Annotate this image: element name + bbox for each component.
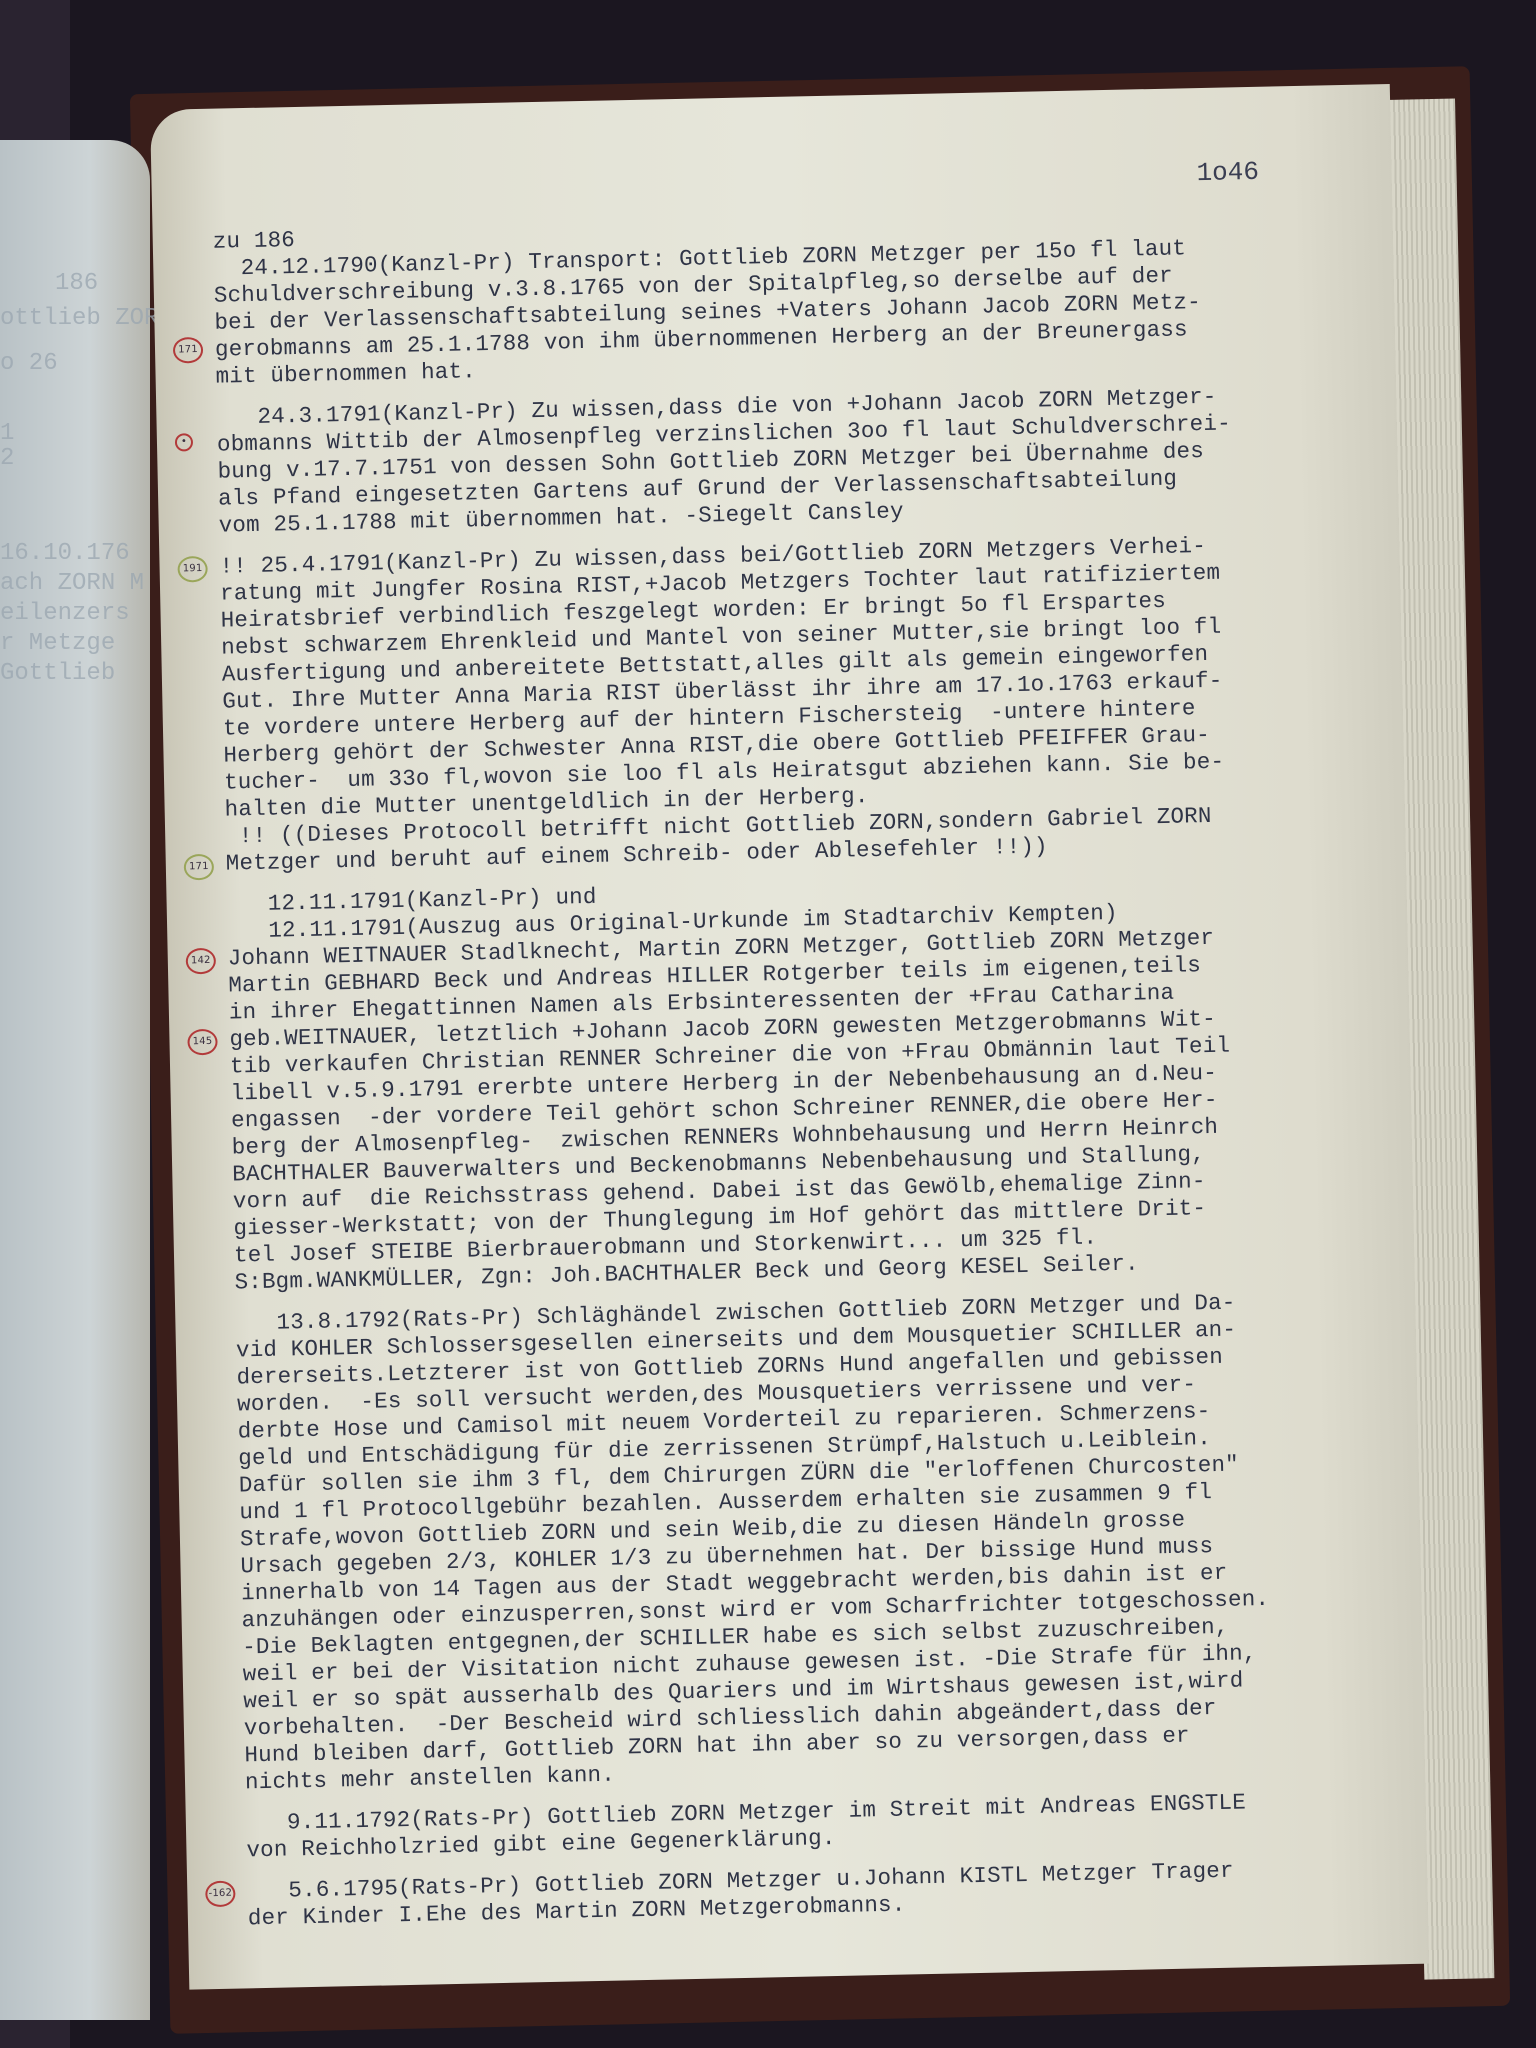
margin-mark: 191 (177, 556, 208, 583)
left-page-ghost-text: ach ZORN M (0, 570, 144, 597)
typed-text: 171 zu 186 24.12.1790(Kanzl-Pr) Transpor… (212, 205, 1388, 1946)
margin-mark: • (175, 433, 193, 451)
left-page-ghost-text: 16.10.176 (0, 540, 130, 567)
entry-1791-04: 191 171 !! 25.4.1791(Kanzl-Pr) Zu wissen… (219, 530, 1366, 878)
left-page-ghost-text: 1 (0, 420, 14, 447)
left-page-ghost-text: eilenzers (0, 600, 130, 627)
entry-1790: 171 zu 186 24.12.1790(Kanzl-Pr) Transpor… (212, 205, 1355, 391)
left-page-ghost-text: Gottlieb (0, 660, 115, 687)
left-page-ghost-text: r Metzge (0, 630, 115, 657)
left-page-ghost-text: o 26 (0, 350, 58, 377)
right-page: 1o46 171 zu 186 24.12.1790(Kanzl-Pr) Tra… (150, 84, 1429, 1990)
margin-mark: 171 (184, 854, 215, 881)
left-page-ghost-text: ottlieb ZORN (0, 305, 173, 332)
entry-1795: -162 5.6.1795(Rats-Pr) Gottlieb ZORN Met… (247, 1854, 1388, 1932)
left-page-ghost-text: 186 (55, 270, 98, 297)
page-number: 1o46 (1196, 157, 1259, 188)
entry-1791-11: 142 145 12.11.1791(Kanzl-Pr) und 12.11.1… (226, 868, 1374, 1297)
margin-mark: 142 (186, 948, 217, 975)
left-page-ghost-text: 2 (0, 445, 14, 472)
margin-mark: 145 (187, 1029, 218, 1056)
entry-1792-08: 13.8.1792(Rats-Pr) Schläghändel zwischen… (235, 1287, 1385, 1797)
margin-mark: 171 (173, 337, 204, 364)
entry-1792-11: 9.11.1792(Rats-Pr) Gottlieb ZORN Metzger… (246, 1786, 1387, 1864)
entry-1791-03: • 24.3.1791(Kanzl-Pr) Zu wissen,dass die… (216, 381, 1359, 540)
left-page: 186 ottlieb ZORN o 26 1 2 16.10.176 ach … (0, 140, 150, 2020)
margin-mark: -162 (205, 1881, 236, 1908)
